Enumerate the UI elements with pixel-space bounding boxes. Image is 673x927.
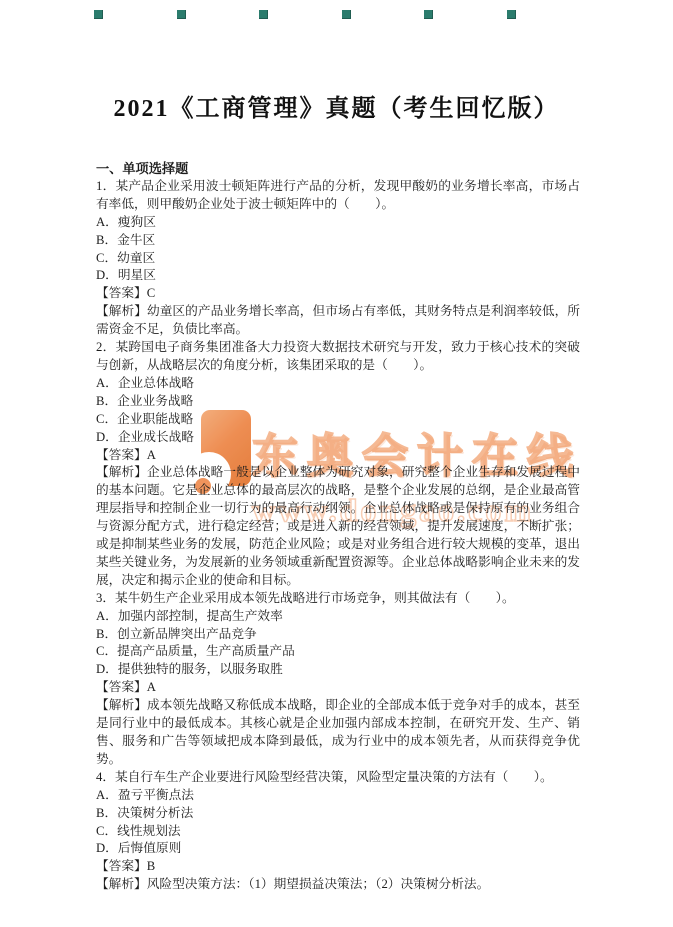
question-block: 1．某产品企业采用波士顿矩阵进行产品的分析，发现甲酸奶的业务增长率高，市场占有率… [96,178,580,339]
option-b: B．决策树分析法 [96,805,580,823]
analysis-text: 【解析】幼童区的产品业务增长率高，但市场占有率低，其财务特点是利润率较低，所需资… [96,303,580,339]
question-stem: 4．某自行车生产企业要进行风险型经营决策，风险型定量决策的方法有（ ）。 [96,769,580,787]
option-b: B．创立新品牌突出产品竞争 [96,626,580,644]
option-a: A．盈亏平衡点法 [96,787,580,805]
watermark-marker [259,10,268,19]
watermark-marker [177,10,186,19]
question-stem: 1．某产品企业采用波士顿矩阵进行产品的分析，发现甲酸奶的业务增长率高，市场占有率… [96,178,580,214]
question-block: 4．某自行车生产企业要进行风险型经营决策，风险型定量决策的方法有（ ）。 A．盈… [96,769,580,894]
analysis-text: 【解析】成本领先战略又称低成本战略，即企业的全部成本低于竞争对手的成本，甚至是同… [96,697,580,769]
option-c: C．企业职能战略 [96,411,580,429]
page-title: 2021《工商管理》真题（考生回忆版） [0,88,673,123]
question-stem: 3．某牛奶生产企业采用成本领先战略进行市场竞争，则其做法有（ ）。 [96,590,580,608]
answer-line: 【答案】B [96,858,580,876]
option-d: D．明星区 [96,267,580,285]
analysis-text: 【解析】风险型决策方法：（1）期望损益决策法；（2）决策树分析法。 [96,876,580,894]
answer-line: 【答案】C [96,285,580,303]
option-a: A．瘦狗区 [96,214,580,232]
document-body: 一、单项选择题 1．某产品企业采用波士顿矩阵进行产品的分析，发现甲酸奶的业务增长… [96,160,580,894]
analysis-text: 【解析】企业总体战略一般是以企业整体为研究对象，研究整个企业生存和发展过程中的基… [96,464,580,589]
answer-line: 【答案】A [96,679,580,697]
option-d: D．后悔值原则 [96,840,580,858]
option-c: C．提高产品质量，生产高质量产品 [96,643,580,661]
question-block: 3．某牛奶生产企业采用成本领先战略进行市场竞争，则其做法有（ ）。 A．加强内部… [96,590,580,769]
watermark-marker [507,10,516,19]
option-d: D．提供独特的服务，以服务取胜 [96,661,580,679]
answer-line: 【答案】A [96,447,580,465]
watermark-marker [424,10,433,19]
option-c: C．线性规划法 [96,823,580,841]
option-a: A．企业总体战略 [96,375,580,393]
document-page: 东奥会计在线 www.dongao.com 2021《工商管理》真题（考生回忆版… [0,0,673,927]
section-heading: 一、单项选择题 [96,160,580,178]
option-a: A．加强内部控制，提高生产效率 [96,608,580,626]
question-stem: 2．某跨国电子商务集团准备大力投资大数据技术研究与开发，致力于核心技术的突破与创… [96,339,580,375]
option-b: B．企业业务战略 [96,393,580,411]
watermark-marker [94,10,103,19]
option-c: C．幼童区 [96,250,580,268]
question-block: 2．某跨国电子商务集团准备大力投资大数据技术研究与开发，致力于核心技术的突破与创… [96,339,580,590]
watermark-marker [342,10,351,19]
option-b: B．金牛区 [96,232,580,250]
option-d: D．企业成长战略 [96,429,580,447]
